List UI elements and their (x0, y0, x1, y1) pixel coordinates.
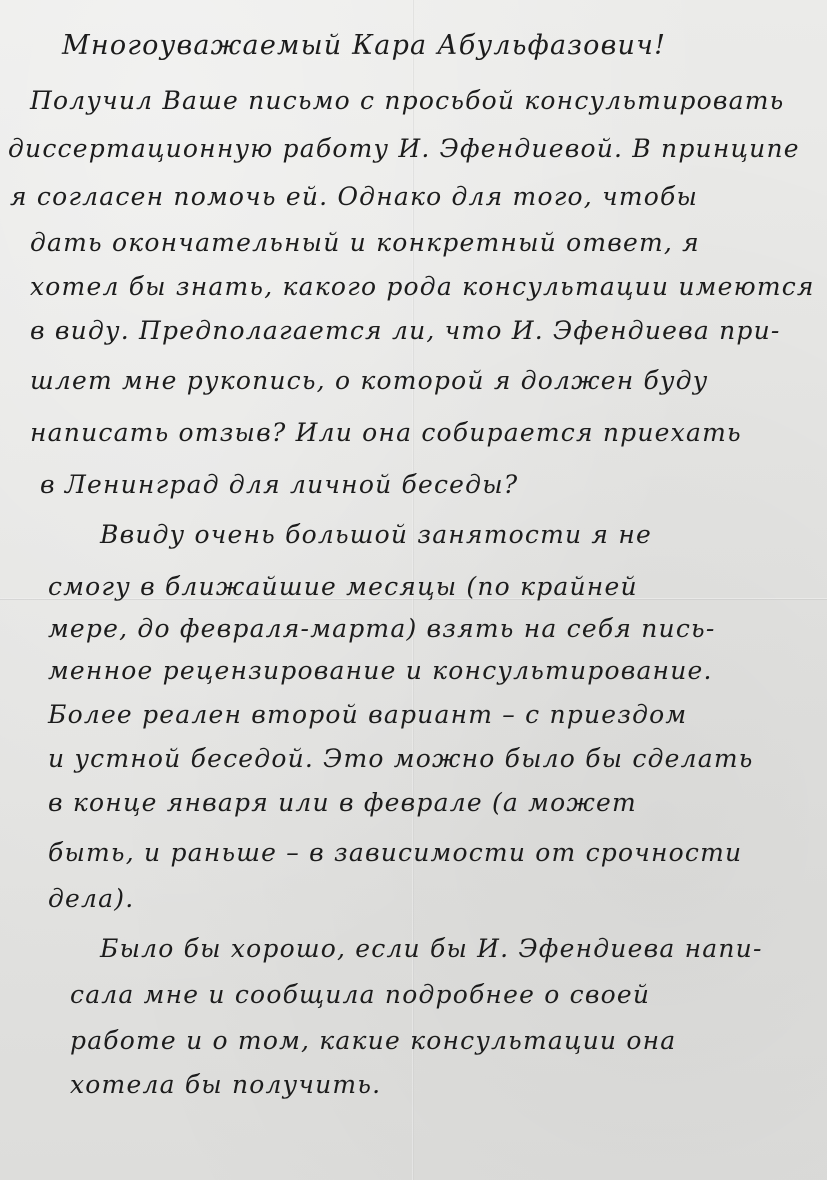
body-line: быть, и раньше – в зависимости от срочно… (48, 838, 742, 867)
body-line: в Ленинград для личной беседы? (40, 470, 518, 499)
body-line: Более реален второй вариант – с приездом (48, 700, 687, 729)
letter-greeting: Многоуважаемый Кара Абульфазович! (62, 30, 666, 61)
body-line: написать отзыв? Или она собирается приех… (30, 418, 742, 447)
body-line: Получил Ваше письмо с просьбой консульти… (30, 86, 784, 115)
body-line: сала мне и сообщила подробнее о своей (70, 980, 650, 1009)
body-line: шлет мне рукопись, о которой я должен бу… (30, 366, 708, 395)
body-line: дела). (48, 884, 134, 913)
body-line: в виду. Предполагается ли, что И. Эфенди… (30, 316, 781, 345)
body-line: хотел бы знать, какого рода консультации… (30, 272, 815, 301)
body-line: хотела бы получить. (70, 1070, 381, 1099)
body-line: смогу в ближайшие месяцы (по крайней (48, 572, 638, 601)
body-line: и устной беседой. Это можно было бы сдел… (48, 744, 754, 773)
body-line: Ввиду очень большой занятости я не (100, 520, 652, 549)
body-line: дать окончательный и конкретный ответ, я (30, 228, 700, 257)
letter-page: Многоуважаемый Кара Абульфазович! Получи… (0, 0, 827, 1180)
body-line: работе и о том, какие консультации она (70, 1026, 676, 1055)
body-line: я согласен помочь ей. Однако для того, ч… (10, 182, 698, 211)
body-line: Было бы хорошо, если бы И. Эфендиева нап… (100, 934, 763, 963)
body-line: диссертационную работу И. Эфендиевой. В … (8, 134, 800, 163)
body-line: менное рецензирование и консультирование… (48, 656, 713, 685)
body-line: мере, до февраля-марта) взять на себя пи… (48, 614, 715, 643)
body-line: в конце января или в феврале (а может (48, 788, 637, 817)
